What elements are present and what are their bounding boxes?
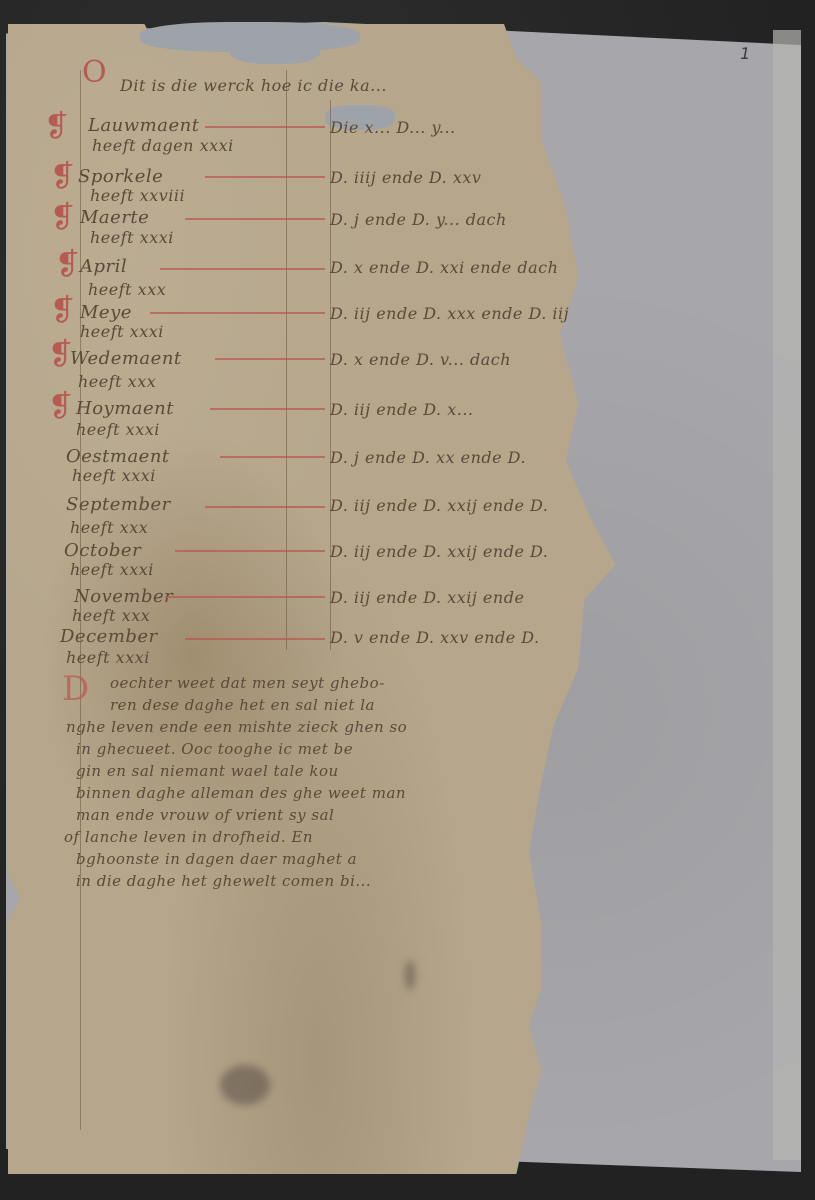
ink-stain — [405, 960, 415, 990]
paragraph-mark-icon: ❡ — [48, 392, 73, 422]
month-dates: D. x ende D. v... dach — [330, 350, 511, 369]
month-name: December — [60, 626, 158, 647]
month-dates: D. j ende D. xx ende D. — [330, 448, 526, 467]
paragraph-mark-icon: ❡ — [50, 203, 75, 233]
month-days: heeft xxxi — [70, 560, 154, 579]
month-name: Wedemaent — [70, 348, 182, 369]
red-rule — [215, 358, 325, 360]
prose-line: bghoonste in dagen daer maghet a — [76, 850, 357, 868]
month-dates: Die x... D... y... — [330, 118, 456, 137]
paragraph-mark-icon: ❡ — [55, 250, 80, 280]
prose-line: binnen daghe alleman des ghe weet man — [76, 784, 406, 802]
month-days: heeft xxxi — [66, 648, 150, 667]
parchment-loss — [230, 36, 320, 64]
prose-line: man ende vrouw of vrient sy sal — [76, 806, 334, 824]
month-name: Sporkele — [78, 166, 163, 187]
heading-text: Dit is die werck hoe ic die ka... — [120, 76, 387, 95]
month-name: Hoymaent — [76, 398, 174, 419]
month-days: heeft xxx — [88, 280, 166, 299]
prose-line: gin en sal niemant wael tale kou — [76, 762, 339, 780]
prose-line: oechter weet dat men seyt ghebo- — [110, 674, 385, 692]
month-name: April — [80, 256, 127, 277]
month-dates: D. j ende D. y... dach — [330, 210, 507, 229]
red-rule — [205, 126, 325, 128]
month-name: Meye — [80, 302, 132, 323]
prose-line: of lanche leven in drofheid. En — [64, 828, 313, 846]
red-rule — [205, 176, 325, 178]
ruling-middle — [286, 70, 287, 650]
prose-line: nghe leven ende een mishte zieck ghen so — [66, 718, 407, 736]
month-days: heeft xxx — [70, 518, 148, 537]
paragraph-mark-icon: ❡ — [50, 162, 75, 192]
month-dates: D. iij ende D. xxij ende D. — [330, 496, 548, 515]
month-days: heeft xxviii — [90, 186, 185, 205]
red-rule — [210, 408, 325, 410]
month-days: heeft xxx — [72, 606, 150, 625]
month-dates: D. iiij ende D. xxv — [330, 168, 481, 187]
prose-line: in ghecueet. Ooc tooghe ic met be — [76, 740, 353, 758]
red-rule — [220, 456, 325, 458]
red-rule — [205, 506, 325, 508]
month-days: heeft xxx — [78, 372, 156, 391]
red-rule — [185, 638, 325, 640]
red-rule — [165, 596, 325, 598]
month-days: heeft xxxi — [90, 228, 174, 247]
red-rule — [160, 268, 325, 270]
month-dates: D. iij ende D. x... — [330, 400, 474, 419]
prose-initial: D — [62, 672, 89, 706]
red-rule — [175, 550, 325, 552]
paragraph-mark-icon: ❡ — [50, 296, 75, 326]
heading-initial: O — [82, 58, 107, 88]
prose-line: in die daghe het ghewelt comen bi... — [76, 872, 371, 890]
month-name: October — [64, 540, 141, 561]
month-dates: D. v ende D. xxv ende D. — [330, 628, 540, 647]
month-days: heeft dagen xxxi — [92, 136, 234, 155]
month-name: Maerte — [80, 207, 149, 228]
month-name: November — [74, 586, 173, 607]
month-dates: D. iij ende D. xxij ende D. — [330, 542, 548, 561]
red-rule — [185, 218, 325, 220]
month-dates: D. iij ende D. xxij ende — [330, 588, 524, 607]
month-dates: D. iij ende D. xxx ende D. iij — [330, 304, 569, 323]
month-name: September — [66, 494, 171, 515]
month-days: heeft xxxi — [72, 466, 156, 485]
red-rule — [150, 312, 325, 314]
ink-stain — [220, 1065, 270, 1105]
month-days: heeft xxxi — [76, 420, 160, 439]
month-dates: D. x ende D. xxi ende dach — [330, 258, 558, 277]
tissue-edge — [773, 30, 801, 1160]
month-name: Lauwmaent — [88, 115, 199, 136]
month-name: Oestmaent — [66, 446, 170, 467]
paragraph-mark-icon: ❡ — [44, 112, 69, 142]
month-days: heeft xxxi — [80, 322, 164, 341]
prose-line: ren dese daghe het en sal niet la — [110, 696, 375, 714]
